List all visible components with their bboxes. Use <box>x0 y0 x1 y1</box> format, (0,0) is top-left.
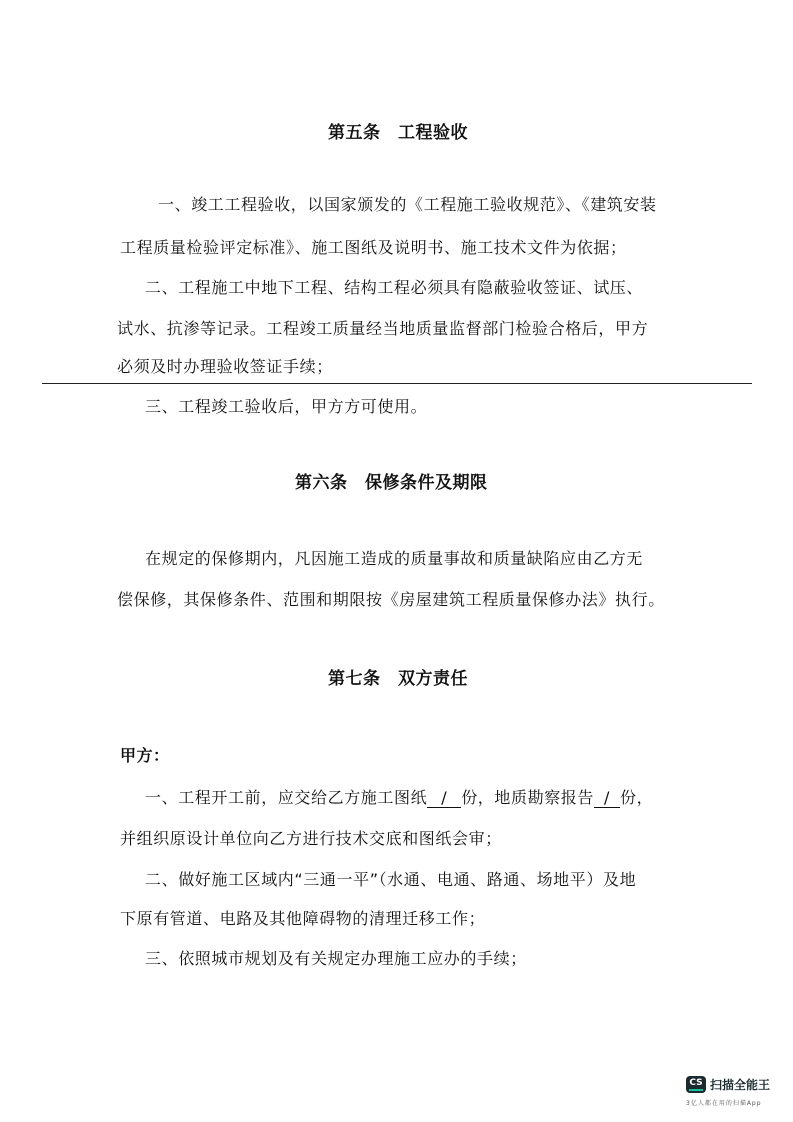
para-1-text-b: 份，地质勘察报告 <box>461 788 594 807</box>
horizontal-rule <box>42 383 752 384</box>
article-6-title: 第六条 保修条件及期限 <box>295 468 488 493</box>
article-5-para-3: 三、工程竣工验收后，甲方方可使用。 <box>145 394 427 417</box>
article-7-para-2-line-2: 下原有管道、电路及其他障碍物的清理迁移工作； <box>120 906 485 929</box>
drawings-count-blank: / <box>427 788 461 808</box>
para-1-text-a: 一、工程开工前，应交给乙方施工图纸 <box>145 788 427 807</box>
article-5-para-2-line-3: 必须及时办理验收签证手续； <box>117 354 333 377</box>
para-1-text-c: 份， <box>620 788 653 807</box>
article-7-para-3: 三、依照城市规划及有关规定办理施工应办的手续； <box>145 946 527 969</box>
article-7-para-1-line-1: 一、工程开工前，应交给乙方施工图纸/份，地质勘察报告/份， <box>145 785 653 808</box>
article-5-para-1-line-2: 工程质量检验评定标准》、施工图纸及说明书、施工技术文件为依据； <box>120 235 627 258</box>
article-5-para-1-line-1: 一、竣工工程验收，以国家颁发的《工程施工验收规范》、《建筑安装 <box>158 192 657 215</box>
party-a-label: 甲方： <box>120 743 170 766</box>
camscanner-logo-icon: CS <box>686 1076 706 1093</box>
article-7-para-2-line-1: 二、做好施工区域内“三通一平”（水通、电通、路通、场地平）及地 <box>145 867 636 890</box>
article-5-para-2-line-2: 试水、抗渗等记录。工程竣工质量经当地质量监督部门检验合格后，甲方 <box>117 316 648 339</box>
article-6-para-1-line-2: 偿保修，其保修条件、范围和期限按《房屋建筑工程质量保修办法》执行。 <box>117 587 665 610</box>
watermark-subtitle: 3亿人都在用的扫描App <box>686 1098 762 1107</box>
article-5-title: 第五条 工程验收 <box>328 118 468 143</box>
survey-report-count-blank: / <box>594 788 620 808</box>
article-7-title: 第七条 双方责任 <box>328 664 468 689</box>
article-7-para-1-line-2: 并组织原设计单位向乙方进行技术交底和图纸会审； <box>120 826 502 849</box>
article-5-para-2-line-1: 二、工程施工中地下工程、结构工程必须具有隐蔽验收签证、试压、 <box>145 275 643 298</box>
article-6-para-1-line-1: 在规定的保修期内，凡因施工造成的质量事故和质量缺陷应由乙方无 <box>145 546 643 569</box>
watermark-title: 扫描全能王 <box>710 1076 770 1093</box>
